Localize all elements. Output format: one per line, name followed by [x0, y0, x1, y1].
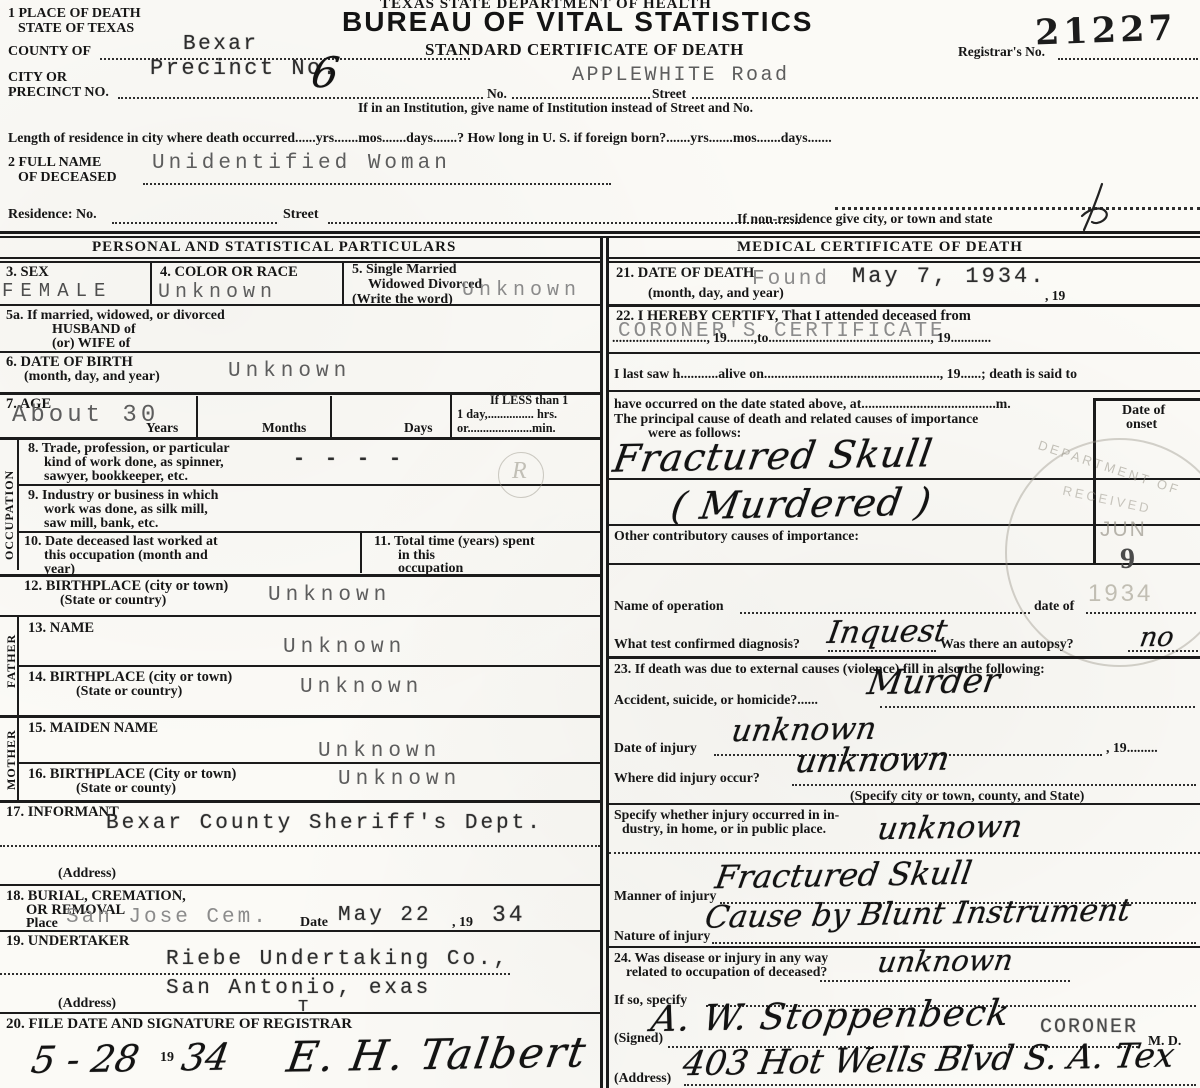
onset-box-top	[1093, 398, 1200, 401]
specify-note: (Specify city or town, county, and State…	[850, 788, 1084, 803]
f18-year-prefix: , 19	[452, 915, 473, 931]
f19-label: 19. UNDERTAKER	[6, 933, 129, 949]
f19-dropped-char: T	[298, 998, 311, 1017]
row12-bottom	[0, 615, 600, 617]
f5a-label3: (or) WIFE of	[52, 336, 130, 352]
nature-label: Nature of injury	[614, 928, 710, 943]
autopsy-label: Was there an autopsy?	[940, 636, 1074, 651]
institution-note: If in an Institution, give name of Insti…	[358, 100, 753, 115]
test-value-hand: Inquest	[825, 613, 950, 651]
row5a-bottom	[0, 351, 600, 353]
date-of-label: date of	[1034, 598, 1074, 613]
autopsy-value-hand: no	[1137, 622, 1176, 654]
no-line	[512, 97, 650, 99]
county-label: COUNTY OF	[8, 44, 91, 60]
top-double-rule-1	[0, 231, 1200, 234]
marital-value: Unknown	[462, 279, 581, 302]
row23a-bottom	[609, 803, 1200, 805]
cell-divider-4-5	[342, 262, 344, 304]
stamp-year: 1934	[1088, 580, 1153, 608]
age-div-2	[330, 396, 332, 437]
occupation-side-label: OCCUPATION	[2, 470, 17, 560]
address-line	[684, 1084, 1196, 1086]
row19-bottom	[0, 1012, 600, 1014]
dob-value: Unknown	[228, 360, 351, 383]
registrar-number: 21227	[1034, 8, 1177, 54]
f14-value: Unknown	[300, 676, 423, 699]
date-of-line	[1086, 612, 1196, 614]
registrar-signature: E. H. Talbert	[284, 1027, 591, 1081]
f22-line: ............................, 19........…	[612, 330, 991, 345]
f21-year: , 19	[1045, 288, 1065, 303]
handwritten-flourish	[1072, 182, 1124, 234]
accident-value-hand: Murder	[865, 661, 1003, 703]
f12-value: Unknown	[268, 584, 391, 607]
left-section-title: PERSONAL AND STATISTICAL PARTICULARS	[92, 239, 456, 256]
residence-length-line: Length of residence in city where death …	[8, 130, 832, 145]
f18-place-value: San Jose Cem.	[66, 906, 269, 929]
f12-label2: (State or country)	[60, 593, 166, 609]
precinct-no-label: PRECINCT NO.	[8, 85, 109, 101]
residence-no-line	[112, 222, 277, 224]
f15-value: Unknown	[318, 740, 441, 763]
age-months-label: Months	[262, 420, 306, 435]
injury-where-label: Where did injury occur?	[614, 770, 760, 785]
street-value: APPLEWHITE Road	[572, 64, 790, 87]
autopsy-line	[1128, 650, 1198, 652]
dob-label2: (month, day, and year)	[24, 369, 160, 385]
stamp-day: 9	[1120, 542, 1135, 576]
right-section-title: MEDICAL CERTIFICATE OF DEATH	[737, 239, 1023, 256]
injury-year: , 19.........	[1106, 740, 1158, 755]
age-years-label: Years	[146, 420, 178, 435]
f20-year-hand: 34	[179, 1036, 233, 1080]
f16-label2: (State or county)	[76, 781, 176, 797]
f16-value: Unknown	[338, 768, 461, 791]
address-label: (Address)	[614, 1070, 671, 1085]
row7-bottom	[0, 437, 600, 440]
residence-street-line	[328, 222, 800, 224]
fullname-label2: OF DECEASED	[18, 170, 117, 186]
left-title-rule-2	[0, 261, 600, 263]
row22-bottom	[609, 352, 1200, 354]
f19-address-label: (Address)	[58, 996, 116, 1012]
row15-bottom	[17, 762, 600, 764]
f24-line	[820, 980, 1070, 982]
f14-label1: 14. BIRTHPLACE (city or town)	[28, 669, 232, 685]
f20-year-prefix: 19	[160, 1050, 174, 1066]
age-less3: or.....................min.	[457, 422, 556, 436]
last-saw-line: I last saw h...........alive on.........…	[614, 366, 1077, 381]
f18-date-label: Date	[300, 915, 328, 931]
cell-divider-10-11	[360, 531, 362, 573]
row10-bottom	[0, 574, 600, 577]
row17-bottom	[0, 884, 600, 886]
cell-divider-3-4	[150, 262, 152, 304]
marital-label1: 5. Single Married	[352, 262, 457, 278]
murdered-hand: ( Murdered )	[668, 480, 935, 529]
principal-a: The	[614, 411, 640, 426]
f12-label1: 12. BIRTHPLACE (city or town)	[24, 578, 228, 594]
color-race-label: 4. COLOR OR RACE	[160, 264, 298, 280]
mother-strip-line	[17, 715, 19, 800]
f15-label: 15. MAIDEN NAME	[28, 720, 158, 736]
occupation-strip-line	[17, 437, 19, 570]
precinct-line	[118, 97, 483, 99]
f24-value-hand: unknown	[875, 943, 1015, 979]
nature-value-hand: Cause by Blunt Instrument	[703, 892, 1134, 935]
f24-label2: related to occupation of deceased?	[626, 964, 827, 979]
county-value: Bexar	[183, 33, 259, 56]
f13-label: 13. NAME	[28, 620, 94, 636]
nonresidence-top-line	[835, 207, 1200, 210]
row9-bottom	[17, 531, 600, 533]
row21-bottom	[609, 304, 1200, 307]
row345-bottom	[0, 304, 600, 306]
test-bottom-heavy	[609, 656, 1200, 659]
age-days-label: Days	[404, 420, 433, 435]
street-label: Street	[652, 86, 686, 101]
specify-value-hand: unknown	[875, 809, 1025, 848]
fullname-value: Unidentified Woman	[152, 152, 451, 175]
f16-label1: 16. BIRTHPLACE (City or town)	[28, 766, 236, 782]
principal-c: and related causes of importance	[781, 411, 978, 426]
manner-value-hand: Fractured Skull	[713, 854, 975, 896]
row13-bottom	[17, 665, 600, 667]
address-value-hand: 403 Hot Wells Blvd S. A. Tex	[680, 1036, 1177, 1085]
onset-label2: onset	[1126, 417, 1157, 433]
age-div-3	[450, 392, 452, 437]
signed-value-hand: A. W. Stoppenbeck	[648, 993, 1013, 1040]
injury-where-value-hand: unknown	[793, 739, 953, 781]
left-title-rule-1	[0, 257, 600, 259]
watermark-r: R	[512, 458, 527, 485]
f19-line	[0, 973, 510, 975]
color-race-value: Unknown	[158, 281, 277, 304]
right-title-rule-1	[609, 257, 1200, 259]
injury-where-line	[792, 784, 1196, 786]
injury-date-label: Date of injury	[614, 740, 697, 755]
f17-address-label: (Address)	[58, 866, 116, 882]
age-value: About 30	[12, 402, 159, 429]
age-less1: If LESS than 1	[490, 394, 568, 408]
operation-label: Name of operation	[614, 598, 724, 613]
f18-date-value: May 22	[338, 904, 432, 927]
sex-label: 3. SEX	[6, 264, 49, 280]
row16-bottom	[0, 800, 600, 803]
f9-label3: saw mill, bank, etc.	[44, 516, 158, 532]
f18-year-value: 34	[492, 902, 526, 928]
cause-of-death-hand: Fractured Skull	[610, 431, 936, 481]
accident-label: Accident, suicide, or homicide?......	[614, 692, 818, 707]
residence-no-label: Residence: No.	[8, 207, 97, 223]
center-divider-2	[606, 237, 609, 1088]
specify-label2: dustry, in home, or in public place.	[622, 821, 826, 836]
death-certificate-scan: TEXAS STATE DEPARTMENT OF HEALTH BUREAU …	[0, 0, 1200, 1088]
specify-line	[609, 852, 1200, 854]
f8-value: - - - -	[293, 448, 405, 471]
accident-line	[880, 706, 1195, 708]
f21-value-faded: Found	[752, 268, 830, 291]
f21-label: 21. DATE OF DEATH	[616, 265, 754, 281]
fullname-line	[143, 183, 611, 185]
f19-value1: Riebe Undertaking Co.,	[166, 948, 509, 971]
fullname-label1: 2 FULL NAME	[8, 155, 101, 171]
residence-street-label: Street	[283, 207, 319, 223]
f8-label3: sawyer, bookkeeper, etc.	[44, 469, 188, 485]
test-line	[828, 650, 936, 652]
f14-label2: (State or country)	[76, 684, 182, 700]
center-divider-1	[600, 237, 603, 1088]
age-div-1	[196, 396, 198, 437]
place-of-death-label: 1 PLACE OF DEATH	[8, 6, 141, 22]
city-or-label: CITY OR	[8, 70, 67, 86]
lastsaw-bottom	[609, 390, 1200, 392]
stamp-month: JUN	[1100, 518, 1147, 542]
sex-value: FEMALE	[2, 280, 112, 302]
coroner-stamp: CORONER	[1040, 1016, 1138, 1039]
cert-title: STANDARD CERTIFICATE OF DEATH	[425, 40, 744, 59]
age-less2: 1 day,............... hrs.	[457, 408, 557, 422]
f21-value: May 7, 1934.	[852, 264, 1046, 289]
registrar-label: Registrar's No.	[958, 44, 1045, 59]
row18-bottom	[0, 930, 600, 932]
manner-label: Manner of injury	[614, 888, 716, 903]
occurred-line: have occurred on the date stated above, …	[614, 396, 1011, 411]
test-label: What test confirmed diagnosis?	[614, 636, 800, 651]
right-title-rule-2	[609, 261, 1200, 263]
f13-value: Unknown	[283, 636, 406, 659]
f17-line	[0, 845, 600, 847]
f17-label: 17. INFORMANT	[6, 804, 119, 820]
registrar-line	[1058, 58, 1198, 60]
bureau-title: BUREAU OF VITAL STATISTICS	[342, 6, 813, 38]
nonresidence-note: If non-residence give city, or town and …	[737, 211, 993, 226]
state-of-texas-label: STATE OF TEXAS	[18, 21, 134, 37]
row14-bottom	[0, 715, 600, 718]
principal-b: principal cause of death	[640, 411, 781, 426]
dob-label1: 6. DATE OF BIRTH	[6, 354, 133, 370]
f19-value2: San Antonio, exas	[166, 977, 431, 1000]
other-causes-label: Other contributory causes of importance:	[614, 528, 859, 543]
f20-label: 20. FILE DATE AND SIGNATURE OF REGISTRAR	[6, 1016, 352, 1033]
f20-date-hand: 5 - 28	[28, 1037, 142, 1082]
street-line	[692, 97, 1198, 99]
f17-value: Bexar County Sheriff's Dept.	[106, 812, 543, 835]
no-label: No.	[487, 86, 507, 101]
